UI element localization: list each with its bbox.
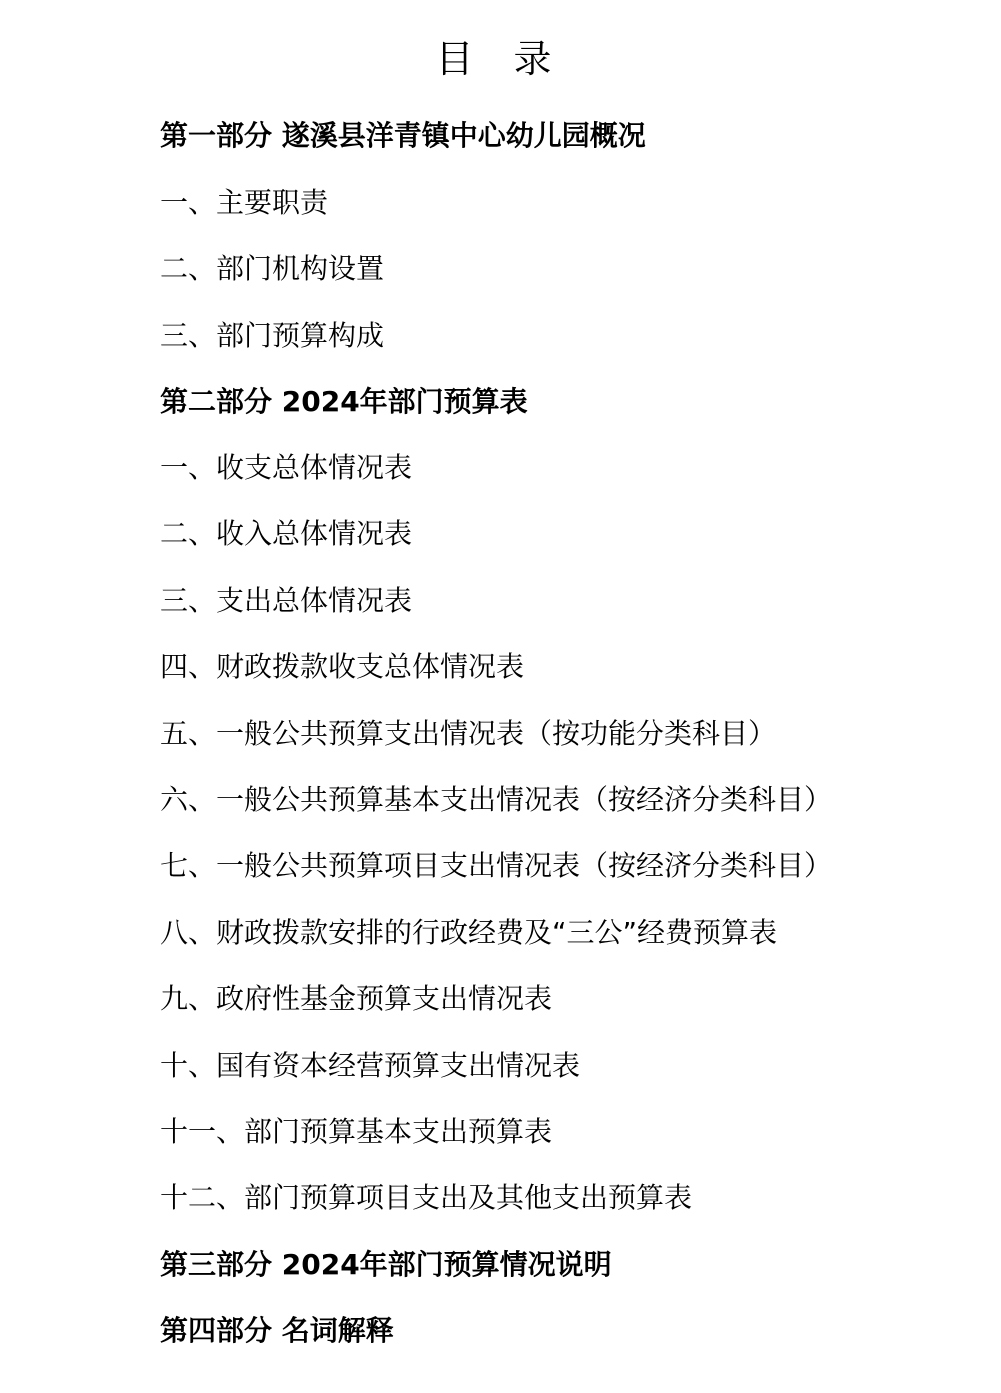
toc-item: 八、财政拨款安排的行政经费及“三公”经费预算表 <box>160 915 777 951</box>
toc-item: 三、部门预算构成 <box>160 318 384 354</box>
toc-item: 二、部门机构设置 <box>160 251 384 287</box>
toc-part-1: 第一部分 遂溪县洋青镇中心幼儿园概况 <box>160 118 646 154</box>
toc-item: 四、财政拨款收支总体情况表 <box>160 649 524 685</box>
toc-part-4: 第四部分 名词解释 <box>160 1313 394 1349</box>
toc-item: 九、政府性基金预算支出情况表 <box>160 981 552 1017</box>
toc-item: 七、一般公共预算项目支出情况表（按经济分类科目） <box>160 848 832 884</box>
toc-part-2: 第二部分 2024年部门预算表 <box>160 384 528 420</box>
toc-item: 十、国有资本经营预算支出情况表 <box>160 1048 580 1084</box>
toc-item: 十一、部门预算基本支出预算表 <box>160 1114 552 1150</box>
toc-item: 一、收支总体情况表 <box>160 450 412 486</box>
toc-item: 五、一般公共预算支出情况表（按功能分类科目） <box>160 716 776 752</box>
toc-item: 一、主要职责 <box>160 185 328 221</box>
toc-item: 三、支出总体情况表 <box>160 583 412 619</box>
toc-part-3: 第三部分 2024年部门预算情况说明 <box>160 1247 612 1283</box>
toc-item: 十二、部门预算项目支出及其他支出预算表 <box>160 1180 692 1216</box>
toc-item: 六、一般公共预算基本支出情况表（按经济分类科目） <box>160 782 832 818</box>
page-title: 目 录 <box>0 28 1001 83</box>
toc-item: 二、收入总体情况表 <box>160 516 412 552</box>
